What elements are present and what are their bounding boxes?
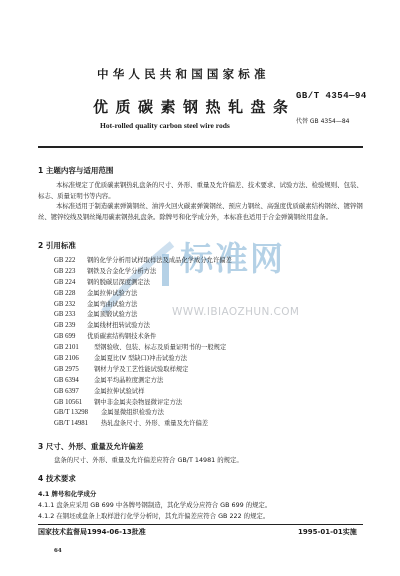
section-2-heading: 2 引用标准 (38, 240, 76, 251)
ref-code: GB 224 (54, 278, 87, 289)
effective-date: 1995-01-01实施 (298, 527, 357, 537)
section-4-1-heading: 4.1 牌号和化学成分 (38, 489, 96, 500)
ref-code: GB 239 (54, 321, 87, 332)
list-item: GB 239金属线材扭转试验方法 (54, 321, 232, 332)
list-item: GB 2106金属夏比(V 型缺口)冲击试验方法 (54, 354, 232, 365)
ref-title: 金属拉伸试验试样 (94, 388, 144, 395)
list-item: GB 10561钢中非金属夹杂物显微评定方法 (54, 398, 232, 409)
section-1-paragraph-1: 本标准规定了优质碳素钢热轧盘条的尺寸、外形、重量及允许偏差、技术要求、试验方法、… (38, 180, 364, 201)
list-item: GB 6397金属拉伸试验试样 (54, 387, 232, 398)
ref-code: GB 2101 (54, 343, 94, 354)
list-item: GB 2975钢材力学及工艺性能试验取样规定 (54, 365, 232, 376)
list-item: GB 2101型钢验收、包装、标志及质量证明书的一般规定 (54, 343, 232, 354)
page-number: 64 (54, 548, 62, 554)
ref-code: GB 699 (54, 332, 87, 343)
ref-title: 钢材力学及工艺性能试验取样规定 (94, 366, 188, 373)
ref-code: GB 233 (54, 310, 87, 321)
list-item: GB 222钢的化学分析用试样取样法及成品化学成分允许偏差 (54, 256, 232, 267)
ref-title: 金属线材扭转试验方法 (87, 322, 150, 329)
document-title-cn: 优质碳素钢热轧盘条 (93, 96, 296, 117)
list-item: GB/T 14981热轧盘条尺寸、外形、重量及允许偏差 (54, 419, 232, 430)
ref-title: 钢的化学分析用试样取样法及成品化学成分允许偏差 (87, 257, 232, 264)
section-4-1-1: 4.1.1 盘条应采用 GB 699 中各牌号钢制造，其化学成分应符合 GB 6… (38, 500, 271, 511)
section-1-paragraph-2: 本标准适用于制造碳素弹簧钢丝、油淬火回火碳素弹簧钢丝、预应力钢丝、高强度优质碳素… (38, 201, 364, 222)
ref-title: 金属夏比(V 型缺口)冲击试验方法 (94, 355, 187, 362)
section-3-heading: 3 尺寸、外形、重量及允许偏差 (38, 441, 143, 452)
list-item: GB/T 13298金属显微组织检验方法 (54, 408, 232, 419)
ref-title: 钢的脱碳层深度测定法 (87, 279, 150, 286)
ref-code: GB 232 (54, 300, 87, 311)
section-1-heading: 1 主题内容与适用范围 (38, 165, 113, 176)
ref-code: GB 223 (54, 267, 87, 278)
ref-title: 金属拉伸试验方法 (87, 290, 137, 297)
standard-number: GB/T 4354—94 (296, 91, 367, 101)
list-item: GB 232金属弯曲试验方法 (54, 300, 232, 311)
ref-code: GB/T 14981 (54, 419, 101, 430)
ref-code: GB 2975 (54, 365, 94, 376)
document-title-en: Hot-rolled quality carbon steel wire rod… (100, 121, 230, 130)
ref-title: 钢中非金属夹杂物显微评定方法 (94, 399, 182, 406)
ref-code: GB/T 13298 (54, 408, 101, 419)
ref-title: 金属弯曲试验方法 (87, 301, 137, 308)
ref-title: 金属顶锻试验方法 (87, 311, 137, 318)
list-item: GB 233金属顶锻试验方法 (54, 310, 232, 321)
ref-code: GB 6394 (54, 376, 94, 387)
ref-code: GB 2106 (54, 354, 94, 365)
ref-code: GB 6397 (54, 387, 94, 398)
approval-date: 国家技术监督局1994-06-13批准 (38, 527, 146, 537)
ref-title: 金属平均晶粒度测定方法 (94, 377, 163, 384)
section-4-heading: 4 技术要求 (38, 473, 76, 484)
referenced-standards-list: GB 222钢的化学分析用试样取样法及成品化学成分允许偏差 GB 223钢铁及合… (54, 256, 232, 430)
replaces-standard: 代替 GB 4354—84 (296, 116, 350, 125)
footer-divider (38, 524, 363, 525)
ref-code: GB 222 (54, 256, 87, 267)
list-item: GB 228金属拉伸试验方法 (54, 289, 232, 300)
ref-title: 热轧盘条尺寸、外形、重量及允许偏差 (101, 420, 208, 427)
ref-title: 优质碳素结构钢技术条件 (87, 333, 156, 340)
section-3-paragraph: 盘条的尺寸、外形、重量及允许偏差应符合 GB/T 14981 的规定。 (54, 455, 243, 466)
ref-code: GB 228 (54, 289, 87, 300)
list-item: GB 223钢铁及合金化学分析方法 (54, 267, 232, 278)
ref-title: 型钢验收、包装、标志及质量证明书的一般规定 (94, 344, 226, 351)
ref-code: GB 10561 (54, 398, 94, 409)
section-4-1-2: 4.1.2 在钢坯或盘条上取样进行化学分析时，其允许偏差应符合 GB 222 的… (38, 511, 269, 522)
header-divider (38, 146, 363, 148)
ref-title: 金属显微组织检验方法 (101, 409, 164, 416)
list-item: GB 6394金属平均晶粒度测定方法 (54, 376, 232, 387)
ref-title: 钢铁及合金化学分析方法 (87, 268, 156, 275)
list-item: GB 224钢的脱碳层深度测定法 (54, 278, 232, 289)
list-item: GB 699优质碳素结构钢技术条件 (54, 332, 232, 343)
national-standard-label: 中华人民共和国国家标准 (97, 66, 270, 82)
